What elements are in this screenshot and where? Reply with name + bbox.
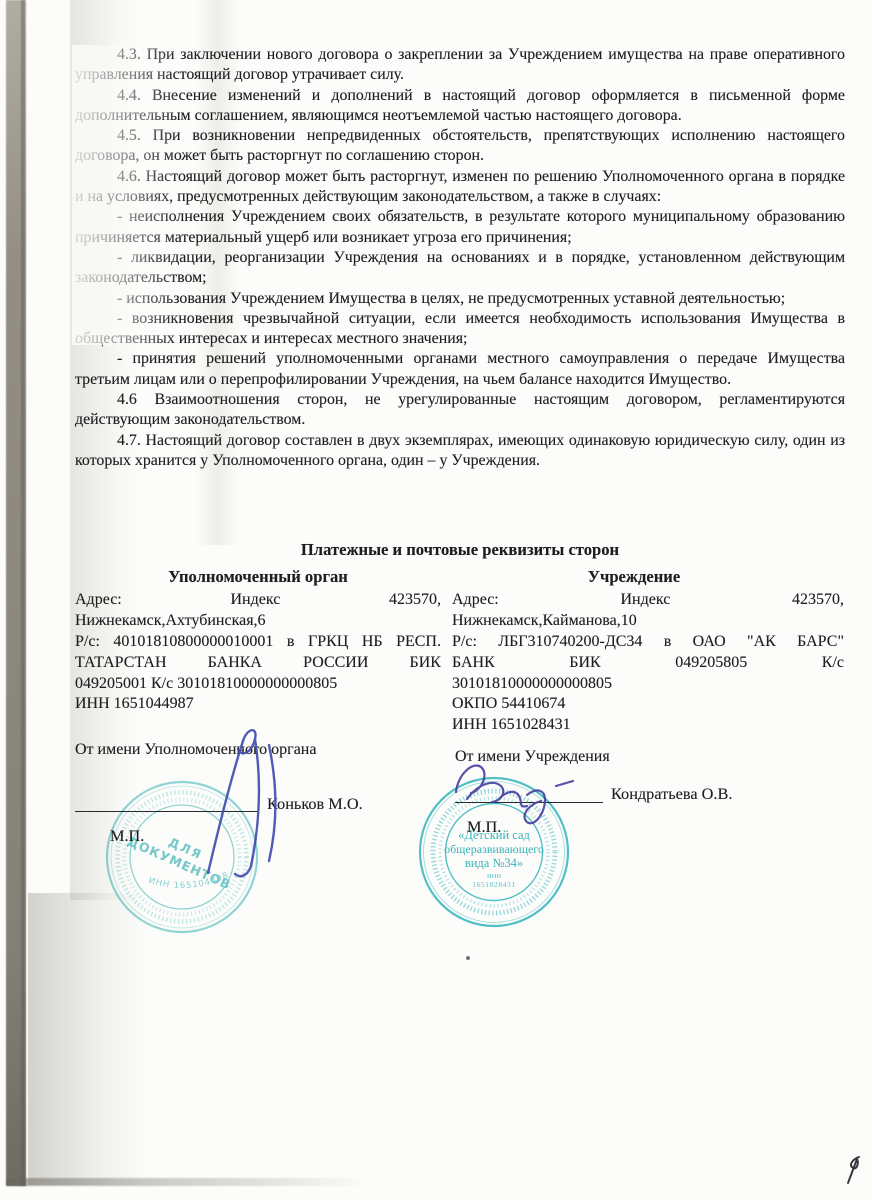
scan-shadow-bottom-left [28, 893, 146, 1185]
requisite-line: ТАТАРСТАНБАНКАРОССИИБИК [75, 653, 441, 674]
requisite-line: 049205001 К/с 30101810000000000805 [75, 674, 441, 695]
contract-paragraph: 4.4. Внесение изменений и дополнений в н… [75, 86, 845, 127]
contract-paragraph: - возникновения чрезвычайной ситуации, е… [75, 309, 845, 350]
requisite-line: БАНКБИК049205805К/с [452, 653, 844, 674]
requisite-word: ТАТАРСТАН [75, 653, 167, 674]
stamp-right-inn-value: 1651028431 [472, 880, 516, 889]
requisite-line: ИНН 1651028431 [452, 715, 844, 736]
contract-paragraph: 4.5. При возникновении непредвиденных об… [75, 126, 845, 167]
requisite-line: 30101810000000000805 [452, 674, 844, 695]
party-header-right: Учреждение [452, 567, 844, 588]
requisite-word: 40101810800000010001 [113, 632, 273, 653]
requisite-word: БАРС" [797, 632, 844, 653]
contract-paragraph: 4.7. Настоящий договор составлен в двух … [75, 431, 845, 472]
requisite-line: ИНН 1651044987 [75, 694, 441, 715]
handwritten-corner-mark [840, 1152, 866, 1188]
scan-page-edge-line [21, 0, 25, 1186]
contract-paragraph: 4.3. При заключении нового договора о за… [75, 45, 845, 86]
requisite-line: Адрес:Индекс423570, [452, 590, 844, 611]
requisite-word: НБ [362, 632, 383, 653]
requisite-word: БАНКА [208, 653, 262, 674]
scan-speck [466, 956, 470, 960]
requisites-institution: Учреждение Адрес:Индекс423570,Нижнекамск… [452, 567, 844, 736]
contract-paragraph: 4.6 Взаимоотношения сторон, не урегулиро… [75, 390, 845, 431]
requisite-word: 049205805 [675, 653, 747, 674]
contract-paragraph: - принятия решений уполномоченными орган… [75, 349, 845, 390]
signatory-name-right: Кондратьева О.В. [611, 784, 732, 804]
section-title: Платежные и почтовые реквизиты сторон [75, 540, 845, 560]
stamp-right-center-line3: вида №34» [465, 856, 523, 870]
requisites-authorized-body: Уполномоченный орган Адрес:Индекс423570,… [75, 567, 441, 715]
contract-clauses: 4.3. При заключении нового договора о за… [75, 45, 845, 471]
requisite-word: 423570, [792, 590, 844, 611]
contract-paragraph: - неисполнения Учреждением своих обязате… [75, 207, 845, 248]
signature-ink-right [448, 756, 598, 836]
party-lines-right: Адрес:Индекс423570,Нижнекамск,Кайманова,… [452, 590, 844, 736]
requisite-word: ОАО [693, 632, 726, 653]
party-header-left: Уполномоченный орган [75, 567, 441, 588]
requisite-word: ЛБГ310740200-ДС34 [498, 632, 642, 653]
seal-mark-left: М.П. [110, 826, 144, 846]
requisite-word: БИК [569, 653, 600, 674]
scanned-contract-page: 4.3. При заключении нового договора о за… [0, 0, 872, 1200]
requisite-word: Адрес: [75, 590, 122, 611]
requisite-word: 423570, [389, 590, 441, 611]
requisite-line: ОКПО 54410674 [452, 694, 844, 715]
requisite-line: Нижнекамск,Ахтубинская,6 [75, 611, 441, 632]
requisite-word: БАНК [452, 653, 495, 674]
signature-ink-left [150, 723, 325, 883]
requisite-line: Адрес:Индекс423570, [75, 590, 441, 611]
contract-paragraph: - использования Учреждением Имущества в … [75, 289, 845, 309]
stamp-right-center-line2: общеразвивающего [444, 842, 544, 856]
requisite-word: РОССИИ [303, 653, 368, 674]
stamp-right-inn-label: ИНН [487, 873, 501, 880]
requisite-word: в [664, 632, 672, 653]
requisite-word: в [287, 632, 295, 653]
requisite-word: Адрес: [452, 590, 499, 611]
requisite-word: ГРКЦ [308, 632, 348, 653]
contract-paragraph: 4.6. Настоящий договор может быть растор… [75, 167, 845, 208]
contract-paragraph: - ликвидации, реорганизации Учреждения н… [75, 248, 845, 289]
requisite-word: Индекс [620, 590, 670, 611]
requisite-line: Р/с:ЛБГ310740200-ДС34вОАО"АКБАРС" [452, 632, 844, 653]
requisite-word: БИК [410, 653, 441, 674]
party-lines-left: Адрес:Индекс423570,Нижнекамск,Ахтубинска… [75, 590, 441, 715]
requisite-word: К/с [822, 653, 844, 674]
requisite-line: Нижнекамск,Кайманова,10 [452, 611, 844, 632]
scan-bottom-edge [6, 1178, 370, 1186]
requisite-line: Р/с:40101810800000010001вГРКЦНБРЕСП. [75, 632, 441, 653]
requisite-word: Индекс [230, 590, 280, 611]
requisite-word: Р/с: [75, 632, 100, 653]
requisite-word: "АК [747, 632, 776, 653]
requisite-word: РЕСП. [396, 632, 441, 653]
requisite-word: Р/с: [452, 632, 477, 653]
